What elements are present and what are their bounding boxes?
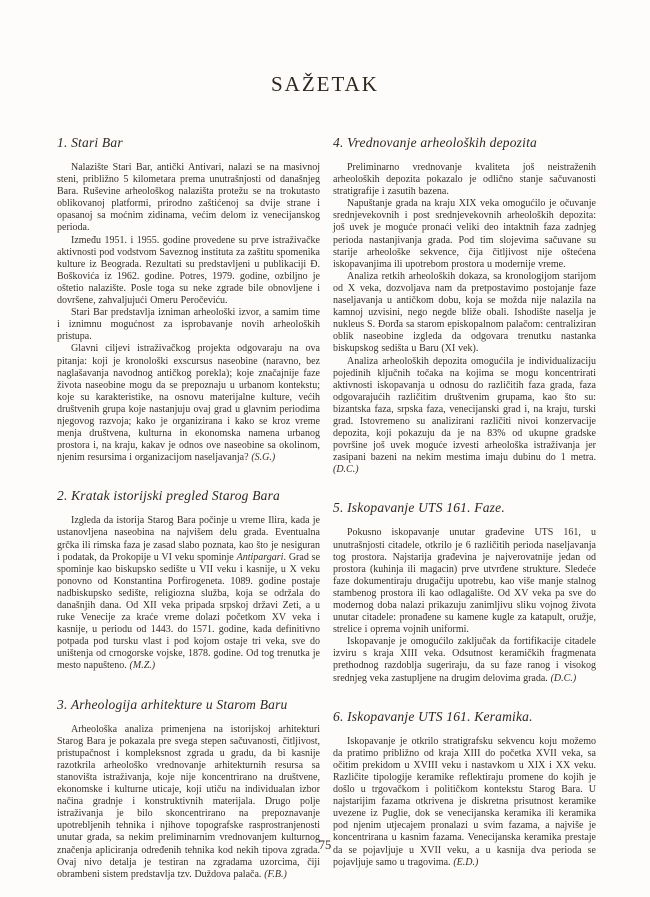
- paragraph: Napuštanje grada na kraju XIX veka omogu…: [333, 198, 596, 271]
- section-heading: 3. Arheologija arhitekture u Starom Baru: [57, 697, 320, 713]
- section-heading: 1. Stari Bar: [57, 135, 320, 151]
- paragraph: Preliminarno vrednovanje kvaliteta još n…: [333, 162, 596, 198]
- section-left-2: 3. Arheologija arhitekture u Starom Baru…: [57, 697, 320, 881]
- paragraph: Glavni ciljevi istraživačkog projekta od…: [57, 343, 320, 464]
- paragraph: Arheološka analiza primenjena na istorij…: [57, 724, 320, 881]
- text-columns: 1. Stari BarNalazište Stari Bar, antički…: [0, 135, 650, 881]
- paragraph: Analiza retkih arheoloških dokaza, sa kr…: [333, 271, 596, 356]
- paragraph: Iskopavanje je omogućilo zaključak da fo…: [333, 636, 596, 684]
- section-right-1: 5. Iskopavanje UTS 161. Faze.Pokusno isk…: [333, 500, 596, 684]
- section-heading: 4. Vrednovanje arheoloških depozita: [333, 135, 596, 151]
- page-title: SAŽETAK: [0, 72, 650, 97]
- document-page: SAŽETAK 1. Stari BarNalazište Stari Bar,…: [0, 0, 650, 897]
- section-heading: 2. Kratak istorijski pregled Starog Bara: [57, 488, 320, 504]
- right-column: 4. Vrednovanje arheoloških depozitaPreli…: [333, 135, 596, 881]
- section-left-1: 2. Kratak istorijski pregled Starog Bara…: [57, 488, 320, 672]
- paragraph: Između 1951. i 1955. godine provedene su…: [57, 235, 320, 308]
- left-column: 1. Stari BarNalazište Stari Bar, antički…: [57, 135, 320, 881]
- paragraph: Pokusno iskopavanje unutar građevine UTS…: [333, 527, 596, 636]
- section-heading: 6. Iskopavanje UTS 161. Keramika.: [333, 709, 596, 725]
- section-left-0: 1. Stari BarNalazište Stari Bar, antički…: [57, 135, 320, 464]
- section-right-0: 4. Vrednovanje arheoloških depozitaPreli…: [333, 135, 596, 476]
- section-heading: 5. Iskopavanje UTS 161. Faze.: [333, 500, 596, 516]
- paragraph: Nalazište Stari Bar, antički Antivari, n…: [57, 162, 320, 235]
- paragraph: Izgleda da istorija Starog Bara počinje …: [57, 515, 320, 672]
- page-number: 75: [0, 838, 650, 853]
- paragraph: Analiza arheoloških depozita omogućila j…: [333, 356, 596, 477]
- paragraph: Stari Bar predstavlja izniman arheološki…: [57, 307, 320, 343]
